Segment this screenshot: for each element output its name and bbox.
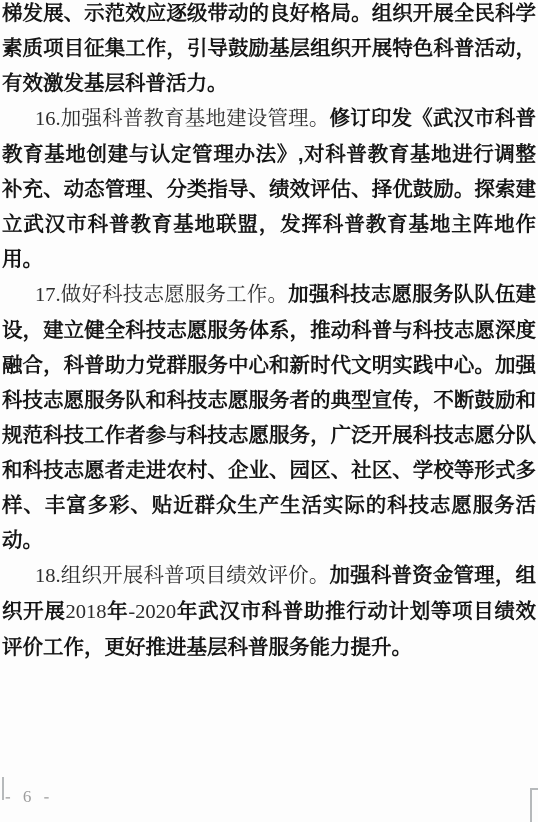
paragraph: 梯发展、示范效应逐级带动的良好格局。组织开展全民科学素质项目征集工作，引导鼓励基… [2,0,536,101]
paragraph: 18.组织开展科普项目绩效评价。加强科普资金管理，组织开展2018年-2020年… [2,558,536,665]
paragraph-numeric-text: -2020 [128,601,176,623]
paragraph-body-text: 年 [107,600,129,623]
scan-mark-left [2,777,4,800]
paragraph-body-text: 加强科技志愿服务队队伍建设，建立健全科技志愿服务体系，推动科普与科技志愿深度融合… [2,283,536,552]
paragraph: 16.加强科普教育基地建设管理。修订印发《武汉市科普教育基地创建与认定管理办法》… [2,101,536,277]
paragraph-lead-text: 17.做好科技志愿服务工作。 [35,284,288,306]
scan-mark-right-horizontal [530,788,538,790]
paragraph-lead-text: 18.组织开展科普项目绩效评价。 [35,565,329,587]
scan-mark-right-vertical [530,788,532,822]
document-text: 梯发展、示范效应逐级带动的良好格局。组织开展全民科学素质项目征集工作，引导鼓励基… [2,0,536,665]
document-page: 梯发展、示范效应逐级带动的良好格局。组织开展全民科学素质项目征集工作，引导鼓励基… [0,0,538,822]
paragraph-numeric-text: 2018 [66,601,107,623]
paragraph: 17.做好科技志愿服务工作。加强科技志愿服务队队伍建设，建立健全科技志愿服务体系… [2,277,536,558]
page-number: - 6 - [5,787,53,807]
paragraph-body-text: 梯发展、示范效应逐级带动的良好格局。组织开展全民科学素质项目征集工作，引导鼓励基… [2,2,536,95]
paragraph-body-text: 修订印发《武汉市科普教育基地创建与认定管理办法》,对科普教育基地进行调整补充、动… [2,107,536,271]
paragraph-lead-text: 16.加强科普教育基地建设管理。 [35,108,329,130]
